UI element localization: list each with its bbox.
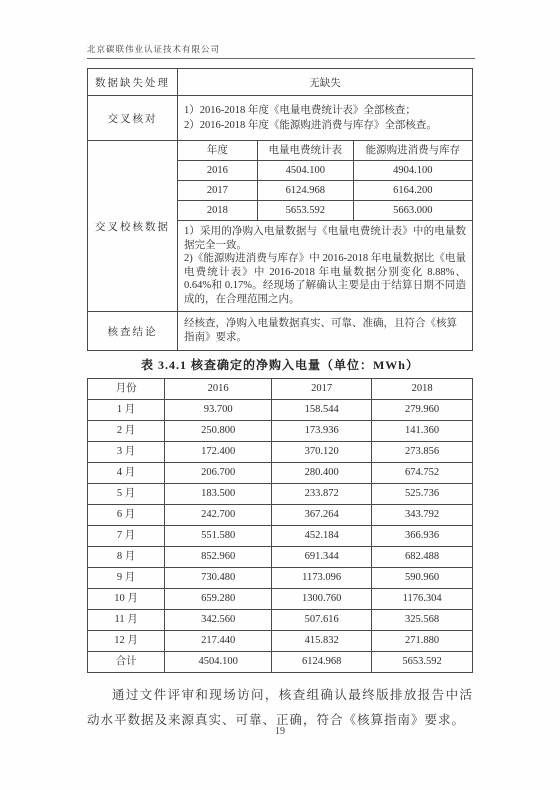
table-row: 4 月206.700280.400674.752 [88, 463, 473, 484]
table-row: 6 月242.700367.264343.792 [88, 505, 473, 526]
table-row: 3 月172.400370.120273.856 [88, 442, 473, 463]
table-cell: 2016 [178, 161, 257, 181]
verification-table: 数据缺失处理 无缺失 交叉核对 1）2016-2018 年度《电量电费统计表》全… [87, 68, 473, 351]
column-header-electricity-stat: 电量电费统计表 [257, 141, 353, 161]
column-header-month: 月份 [88, 379, 165, 400]
table-cell: 5653.592 [257, 201, 353, 221]
table-cell: 452.184 [272, 526, 372, 547]
table-title: 表 3.4.1 核查确定的净购入电量（单位：MWh） [87, 358, 473, 372]
row-label-cross-verify-data: 交叉校核数据 [88, 141, 178, 312]
table-row: 20185653.5925663.000 [178, 201, 472, 221]
column-header-2018: 2018 [372, 379, 473, 400]
cross-check-data-table: 年度 电量电费统计表 能源购进消费与库存 20164504.1004904.10… [178, 141, 472, 221]
table-cell: 1176.304 [372, 589, 473, 610]
table-cell: 1300.760 [272, 589, 372, 610]
table-cell: 8 月 [88, 547, 165, 568]
table-cell: 370.120 [272, 442, 372, 463]
table-cell: 366.936 [372, 526, 473, 547]
table-cell: 206.700 [165, 463, 272, 484]
table-cell: 173.936 [272, 421, 372, 442]
column-header-year: 年度 [178, 141, 257, 161]
table-cell: 415.832 [272, 631, 372, 652]
table-cell: 172.400 [165, 442, 272, 463]
table-cell: 2018 [178, 201, 257, 221]
table-cell: 158.544 [272, 400, 372, 421]
table-cell: 507.616 [272, 610, 372, 631]
table-cell: 233.872 [272, 484, 372, 505]
document-page: 北京碳联伟业认证技术有限公司 数据缺失处理 无缺失 交叉核对 1）2016-20… [0, 0, 560, 790]
table-cell: 4 月 [88, 463, 165, 484]
page-number: 19 [0, 726, 560, 737]
table-row: 10 月659.2801300.7601176.304 [88, 589, 473, 610]
row-value-cross-check: 1）2016-2018 年度《电量电费统计表》全部核查； 2）2016-2018… [178, 96, 473, 141]
table-cell: 280.400 [272, 463, 372, 484]
table-cell: 5663.000 [353, 201, 472, 221]
table-cell: 11 月 [88, 610, 165, 631]
table-cell: 659.280 [165, 589, 272, 610]
table-cell: 2017 [178, 181, 257, 201]
table-cell: 367.264 [272, 505, 372, 526]
table-cell: 4504.100 [257, 161, 353, 181]
table-cell: 2 月 [88, 421, 165, 442]
table-cell: 343.792 [372, 505, 473, 526]
table-row: 9 月730.4801173.096590.960 [88, 568, 473, 589]
column-header-energy-purchase: 能源购进消费与库存 [353, 141, 472, 161]
table-row: 核查结论 经核查，净购入电量数据真实、可靠、准确，且符合《核算指南》要求。 [88, 312, 473, 351]
table-cell: 691.344 [272, 547, 372, 568]
table-cell: 682.488 [372, 547, 473, 568]
column-header-2016: 2016 [165, 379, 272, 400]
table-cell: 10 月 [88, 589, 165, 610]
row-label-conclusion: 核查结论 [88, 312, 178, 351]
table-cell: 4904.100 [353, 161, 472, 181]
table-cell: 325.568 [372, 610, 473, 631]
table-cell: 730.480 [165, 568, 272, 589]
table-cell: 525.736 [372, 484, 473, 505]
table-row: 12 月217.440415.832271.880 [88, 631, 473, 652]
table-cell: 12 月 [88, 631, 165, 652]
table-row: 5 月183.500233.872525.736 [88, 484, 473, 505]
table-row: 20164504.1004904.100 [178, 161, 472, 181]
table-cell: 242.700 [165, 505, 272, 526]
table-cell: 93.700 [165, 400, 272, 421]
row-value-conclusion: 经核查，净购入电量数据真实、可靠、准确，且符合《核算指南》要求。 [178, 312, 473, 351]
note-line: 1）采用的净购入电量数据与《电量电费统计表》中的电量数据完全一致。 [184, 225, 466, 252]
table-cell: 342.560 [165, 610, 272, 631]
table-row: 交叉校核数据 年度 电量电费统计表 能源购进消费与库存 20164504.100… [88, 141, 473, 312]
row-value-cross-verify-data: 年度 电量电费统计表 能源购进消费与库存 20164504.1004904.10… [178, 141, 473, 312]
table-cell: 273.856 [372, 442, 473, 463]
cross-check-line: 2）2016-2018 年度《能源购进消费与库存》全部核查。 [184, 118, 466, 133]
table-cell: 6124.968 [257, 181, 353, 201]
table-header-row: 月份 2016 2017 2018 [88, 379, 473, 400]
table-row: 数据缺失处理 无缺失 [88, 69, 473, 96]
table-cell: 3 月 [88, 442, 165, 463]
table-cell: 1 月 [88, 400, 165, 421]
row-label-data-gap: 数据缺失处理 [88, 69, 178, 96]
header-divider [87, 58, 475, 59]
table-cell: 1173.096 [272, 568, 372, 589]
table-cell: 6124.968 [272, 652, 372, 673]
table-cell: 141.360 [372, 421, 473, 442]
table-cell: 7 月 [88, 526, 165, 547]
table-cell: 6164.200 [353, 181, 472, 201]
table-cell: 271.880 [372, 631, 473, 652]
table-cell: 852.960 [165, 547, 272, 568]
table-cell: 4504.100 [165, 652, 272, 673]
table-cell: 183.500 [165, 484, 272, 505]
monthly-electricity-table: 月份 2016 2017 2018 1 月93.700158.544279.96… [87, 378, 473, 673]
table-cell: 250.800 [165, 421, 272, 442]
table-cell: 551.580 [165, 526, 272, 547]
table-cell: 590.960 [372, 568, 473, 589]
table-row: 20176124.9686164.200 [178, 181, 472, 201]
table-row: 交叉核对 1）2016-2018 年度《电量电费统计表》全部核查； 2）2016… [88, 96, 473, 141]
table-cell: 674.752 [372, 463, 473, 484]
row-value-data-gap: 无缺失 [178, 69, 473, 96]
table-cell: 279.960 [372, 400, 473, 421]
company-header: 北京碳联伟业认证技术有限公司 [87, 44, 473, 54]
table-header-row: 年度 电量电费统计表 能源购进消费与库存 [178, 141, 472, 161]
table-cell: 5653.592 [372, 652, 473, 673]
cross-check-notes: 1）采用的净购入电量数据与《电量电费统计表》中的电量数据完全一致。 2)《能源购… [178, 221, 472, 311]
row-label-cross-check: 交叉核对 [88, 96, 178, 141]
table-cell: 6 月 [88, 505, 165, 526]
note-line: 2)《能源购进消费与库存》中 2016-2018 年电量数据比《电量电费统计表》… [184, 252, 466, 306]
table-row: 8 月852.960691.344682.488 [88, 547, 473, 568]
column-header-2017: 2017 [272, 379, 372, 400]
table-row: 11 月342.560507.616325.568 [88, 610, 473, 631]
table-cell: 5 月 [88, 484, 165, 505]
table-row: 7 月551.580452.184366.936 [88, 526, 473, 547]
table-cell: 合计 [88, 652, 165, 673]
table-row: 2 月250.800173.936141.360 [88, 421, 473, 442]
table-cell: 217.440 [165, 631, 272, 652]
cross-check-line: 1）2016-2018 年度《电量电费统计表》全部核查； [184, 103, 466, 118]
table-cell: 9 月 [88, 568, 165, 589]
table-row: 1 月93.700158.544279.960 [88, 400, 473, 421]
table-row: 合计4504.1006124.9685653.592 [88, 652, 473, 673]
